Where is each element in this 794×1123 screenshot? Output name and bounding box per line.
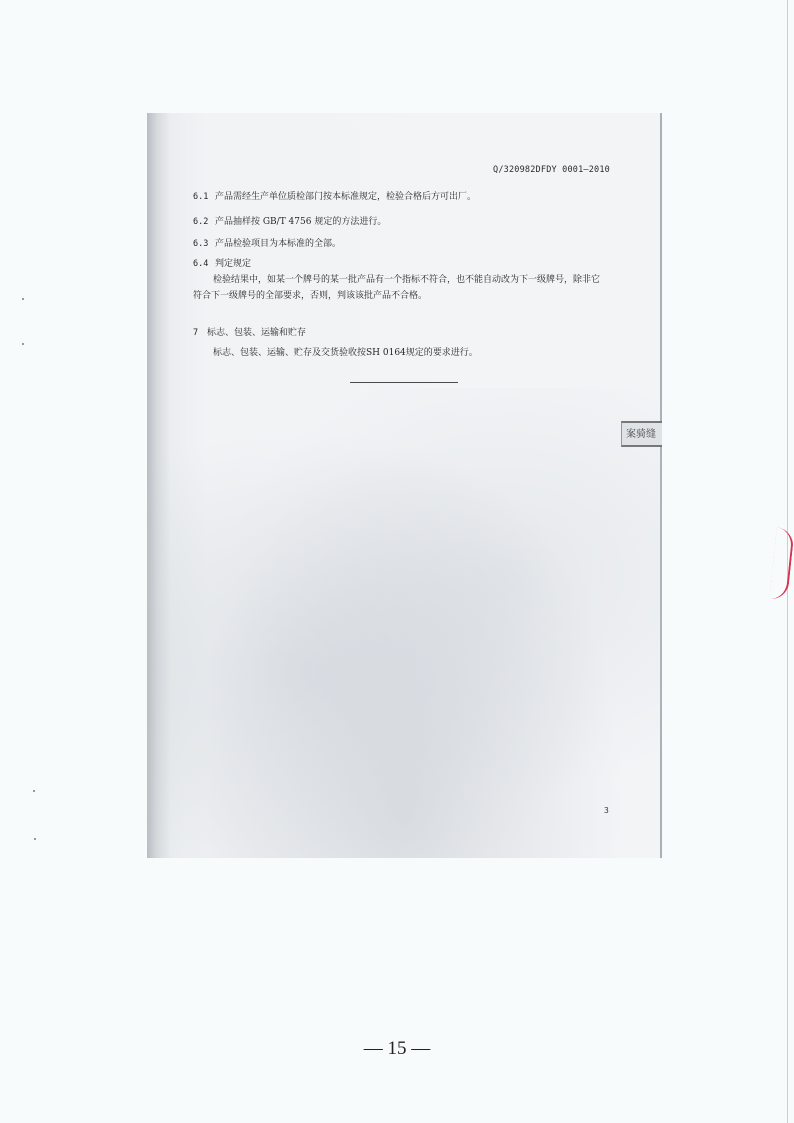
section-number: 6.4 <box>193 259 215 269</box>
page-footer-number: — 15 — <box>0 1038 794 1060</box>
scan-speck <box>22 298 24 300</box>
section-number: 6.1 <box>193 192 215 202</box>
section-number: 6.2 <box>193 217 215 227</box>
section-text: 产品检验项目为本标准的全部。 <box>215 239 341 249</box>
scan-speck <box>34 838 36 840</box>
chapter-7-heading: 7标志、包装、运输和贮存 <box>193 325 306 338</box>
section-text: 产品需经生产单位质检部门按本标准规定，检验合格后方可出厂。 <box>215 192 476 202</box>
section-6-1: 6.1产品需经生产单位质检部门按本标准规定，检验合格后方可出厂。 <box>193 189 476 202</box>
section-6-3: 6.3产品检验项目为本标准的全部。 <box>193 236 341 249</box>
section-heading: 判定规定 <box>215 259 251 269</box>
section-number: 6.3 <box>193 239 215 249</box>
chapter-7-paragraph: 标志、包装、运输、贮存及交货验收按SH 0164规定的要求进行。 <box>193 345 605 361</box>
scanned-page: Q/320982DFDY 0001—2010 6.1产品需经生产单位质检部门按本… <box>147 113 662 858</box>
section-6-4: 6.4判定规定 <box>193 256 251 269</box>
section-text: 产品抽样按 GB/T 4756 规定的方法进行。 <box>215 217 386 227</box>
scan-edge <box>660 113 662 858</box>
standard-code: Q/320982DFDY 0001—2010 <box>493 165 610 175</box>
red-seal-edge <box>769 527 794 600</box>
chapter-title: 标志、包装、运输和贮存 <box>207 328 306 338</box>
inner-page-number: 3 <box>604 806 609 815</box>
scan-speck <box>22 343 24 345</box>
judgement-paragraph: 检验结果中，如某一个牌号的某一批产品有一个指标不符合，也不能自动改为下一级牌号，… <box>193 272 605 304</box>
seam-stamp: 案骑缝 <box>621 421 662 447</box>
scan-speck <box>33 790 35 792</box>
end-rule <box>350 382 458 383</box>
chapter-number: 7 <box>193 328 207 338</box>
section-6-2: 6.2产品抽样按 GB/T 4756 规定的方法进行。 <box>193 214 386 227</box>
